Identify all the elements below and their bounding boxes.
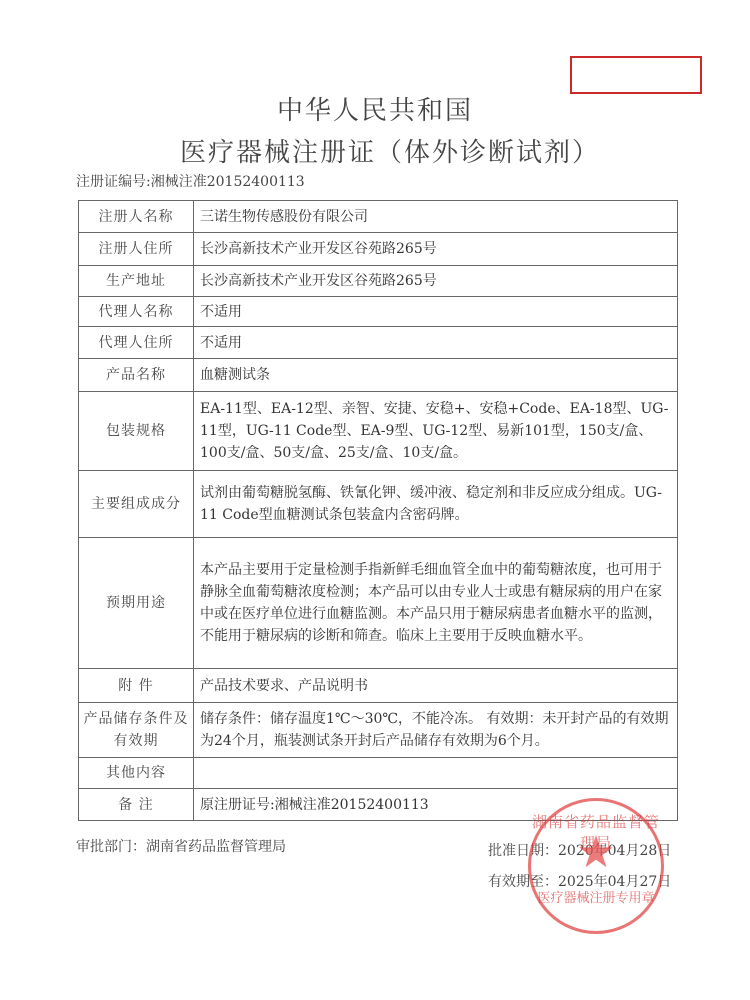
row-value: 产品技术要求、产品说明书 xyxy=(194,669,678,703)
table-row: 代理人名称 不适用 xyxy=(79,297,678,327)
row-label: 备 注 xyxy=(79,789,194,821)
row-value: EA-11型、EA-12型、亲智、安捷、安稳+、安稳+Code、EA-18型、U… xyxy=(194,392,678,471)
row-value: 不适用 xyxy=(194,297,678,327)
row-label: 生产地址 xyxy=(79,266,194,297)
row-label: 附 件 xyxy=(79,669,194,703)
row-label: 注册人名称 xyxy=(79,201,194,233)
row-label: 预期用途 xyxy=(79,538,194,669)
valid-until-date: 有效期至：2025年04月27日 xyxy=(488,871,671,891)
row-label: 其他内容 xyxy=(79,758,194,789)
certificate-table: 注册人名称 三诺生物传感股份有限公司 注册人住所 长沙高新技术产业开发区谷苑路2… xyxy=(78,200,678,821)
row-value: 长沙高新技术产业开发区谷苑路265号 xyxy=(194,266,678,297)
table-row: 包装规格 EA-11型、EA-12型、亲智、安捷、安稳+、安稳+Code、EA-… xyxy=(79,392,678,471)
table-row: 注册人住所 长沙高新技术产业开发区谷苑路265号 xyxy=(79,233,678,266)
row-value: 不适用 xyxy=(194,327,678,359)
table-row: 生产地址 长沙高新技术产业开发区谷苑路265号 xyxy=(79,266,678,297)
registration-number: 注册证编号:湘械注准20152400113 xyxy=(76,171,305,191)
row-label: 代理人名称 xyxy=(79,297,194,327)
table-row: 代理人住所 不适用 xyxy=(79,327,678,359)
row-label: 主要组成成分 xyxy=(79,471,194,538)
red-stamp-box xyxy=(570,56,702,94)
row-label: 包装规格 xyxy=(79,392,194,471)
row-value: 长沙高新技术产业开发区谷苑路265号 xyxy=(194,233,678,266)
row-value: 储存条件：储存温度1℃～30℃，不能冷冻。 有效期：未开封产品的有效期为24个月… xyxy=(194,703,678,758)
table-row: 附 件 产品技术要求、产品说明书 xyxy=(79,669,678,703)
table-row: 预期用途 本产品主要用于定量检测手指新鲜毛细血管全血中的葡萄糖浓度，也可用于静脉… xyxy=(79,538,678,669)
row-value: 本产品主要用于定量检测手指新鲜毛细血管全血中的葡萄糖浓度，也可用于静脉全血葡萄糖… xyxy=(194,538,678,669)
row-value: 试剂由葡萄糖脱氢酶、铁氰化钾、缓冲液、稳定剂和非反应成分组成。UG-11 Cod… xyxy=(194,471,678,538)
row-label: 产品储存条件及有效期 xyxy=(79,703,194,758)
approval-department: 审批部门：湖南省药品监督管理局 xyxy=(76,836,286,856)
row-value: 原注册证号:湘械注准20152400113 xyxy=(194,789,678,821)
table-row: 注册人名称 三诺生物传感股份有限公司 xyxy=(79,201,678,233)
title-certificate: 医疗器械注册证（体外诊断试剂） xyxy=(0,132,750,169)
table-row: 备 注 原注册证号:湘械注准20152400113 xyxy=(79,789,678,821)
approval-date: 批准日期：2020年04月28日 xyxy=(488,840,671,860)
row-label: 产品名称 xyxy=(79,359,194,392)
row-value: 三诺生物传感股份有限公司 xyxy=(194,201,678,233)
row-label: 代理人住所 xyxy=(79,327,194,359)
row-label: 注册人住所 xyxy=(79,233,194,266)
table-row: 主要组成成分 试剂由葡萄糖脱氢酶、铁氰化钾、缓冲液、稳定剂和非反应成分组成。UG… xyxy=(79,471,678,538)
table-row: 其他内容 xyxy=(79,758,678,789)
title-country: 中华人民共和国 xyxy=(0,90,750,127)
row-value: 血糖测试条 xyxy=(194,359,678,392)
table-row: 产品储存条件及有效期 储存条件：储存温度1℃～30℃，不能冷冻。 有效期：未开封… xyxy=(79,703,678,758)
row-value xyxy=(194,758,678,789)
table-row: 产品名称 血糖测试条 xyxy=(79,359,678,392)
